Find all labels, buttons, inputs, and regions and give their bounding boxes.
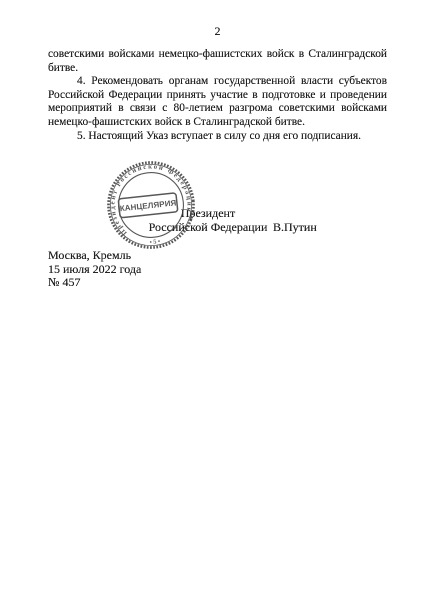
document-page: 2 советскими войсками немецко-фашистских… [0, 0, 424, 600]
body-line: советскими войсками немецко-фашистских в… [48, 48, 387, 62]
body-line: 5. Настоящий Указ вступает в силу со дня… [48, 130, 387, 144]
chancellery-stamp-icon: Президент Российской Федерации • 5 • КАН… [103, 157, 199, 253]
body-line: битве. [48, 62, 387, 76]
body-line: немецко-фашистских войск в Сталинградско… [48, 116, 387, 130]
footer-number: № 457 [48, 276, 141, 290]
footer-block: Москва, Кремль 15 июля 2022 года № 457 [48, 249, 141, 290]
page-number: 2 [48, 24, 387, 39]
body-line: мероприятий в связи с 80-летием разгрома… [48, 102, 387, 116]
signature-name: В.Путин [273, 221, 317, 235]
body-text: советскими войсками немецко-фашистских в… [48, 48, 387, 143]
stamp-center-text: КАНЦЕЛЯРИЯ [119, 198, 177, 213]
body-line: 4. Рекомендовать органам государственной… [48, 75, 387, 89]
footer-date: 15 июля 2022 года [48, 263, 141, 277]
body-line: Российской Федерации принять участие в п… [48, 89, 387, 103]
stamp-bottom-text: • 5 • [149, 238, 160, 246]
